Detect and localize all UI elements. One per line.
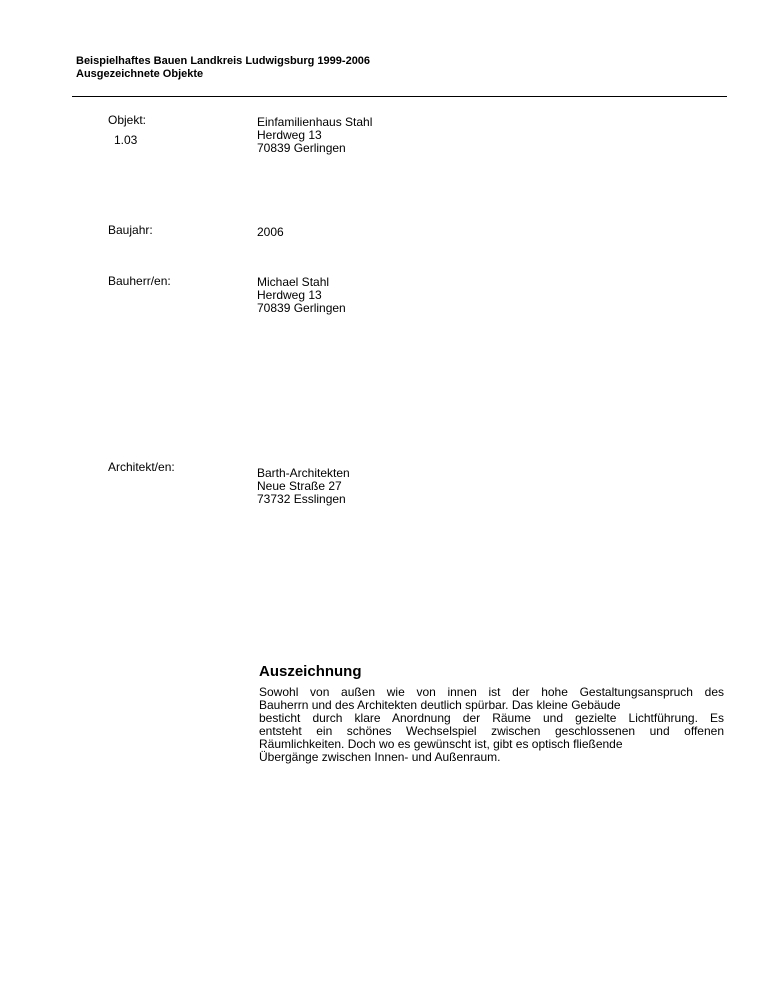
bauherr-label: Bauherr/en:	[108, 275, 171, 288]
auszeichnung-line: Übergänge zwischen Innen- und Außenraum.	[259, 751, 729, 764]
auszeichnung-heading: Auszeichnung	[259, 663, 362, 681]
objekt-label: Objekt:	[108, 114, 146, 127]
architekt-label: Architekt/en:	[108, 461, 175, 474]
architekt-city: 73732 Esslingen	[257, 493, 350, 506]
bauherr-details: Michael Stahl Herdweg 13 70839 Gerlingen	[257, 276, 346, 315]
document-header: Beispielhaftes Bauen Landkreis Ludwigsbu…	[76, 55, 370, 81]
objekt-details: Einfamilienhaus Stahl Herdweg 13 70839 G…	[257, 116, 372, 155]
auszeichnung-text: Sowohl von außen wie von innen ist der h…	[259, 686, 729, 764]
baujahr-label: Baujahr:	[108, 224, 153, 237]
objekt-number: 1.03	[114, 134, 137, 147]
document-subtitle: Ausgezeichnete Objekte	[76, 68, 370, 81]
document-title: Beispielhaftes Bauen Landkreis Ludwigsbu…	[76, 55, 370, 68]
architekt-details: Barth-Architekten Neue Straße 27 73732 E…	[257, 467, 350, 506]
objekt-city: 70839 Gerlingen	[257, 142, 372, 155]
baujahr-value: 2006	[257, 226, 284, 239]
header-divider	[72, 96, 727, 97]
bauherr-city: 70839 Gerlingen	[257, 302, 346, 315]
